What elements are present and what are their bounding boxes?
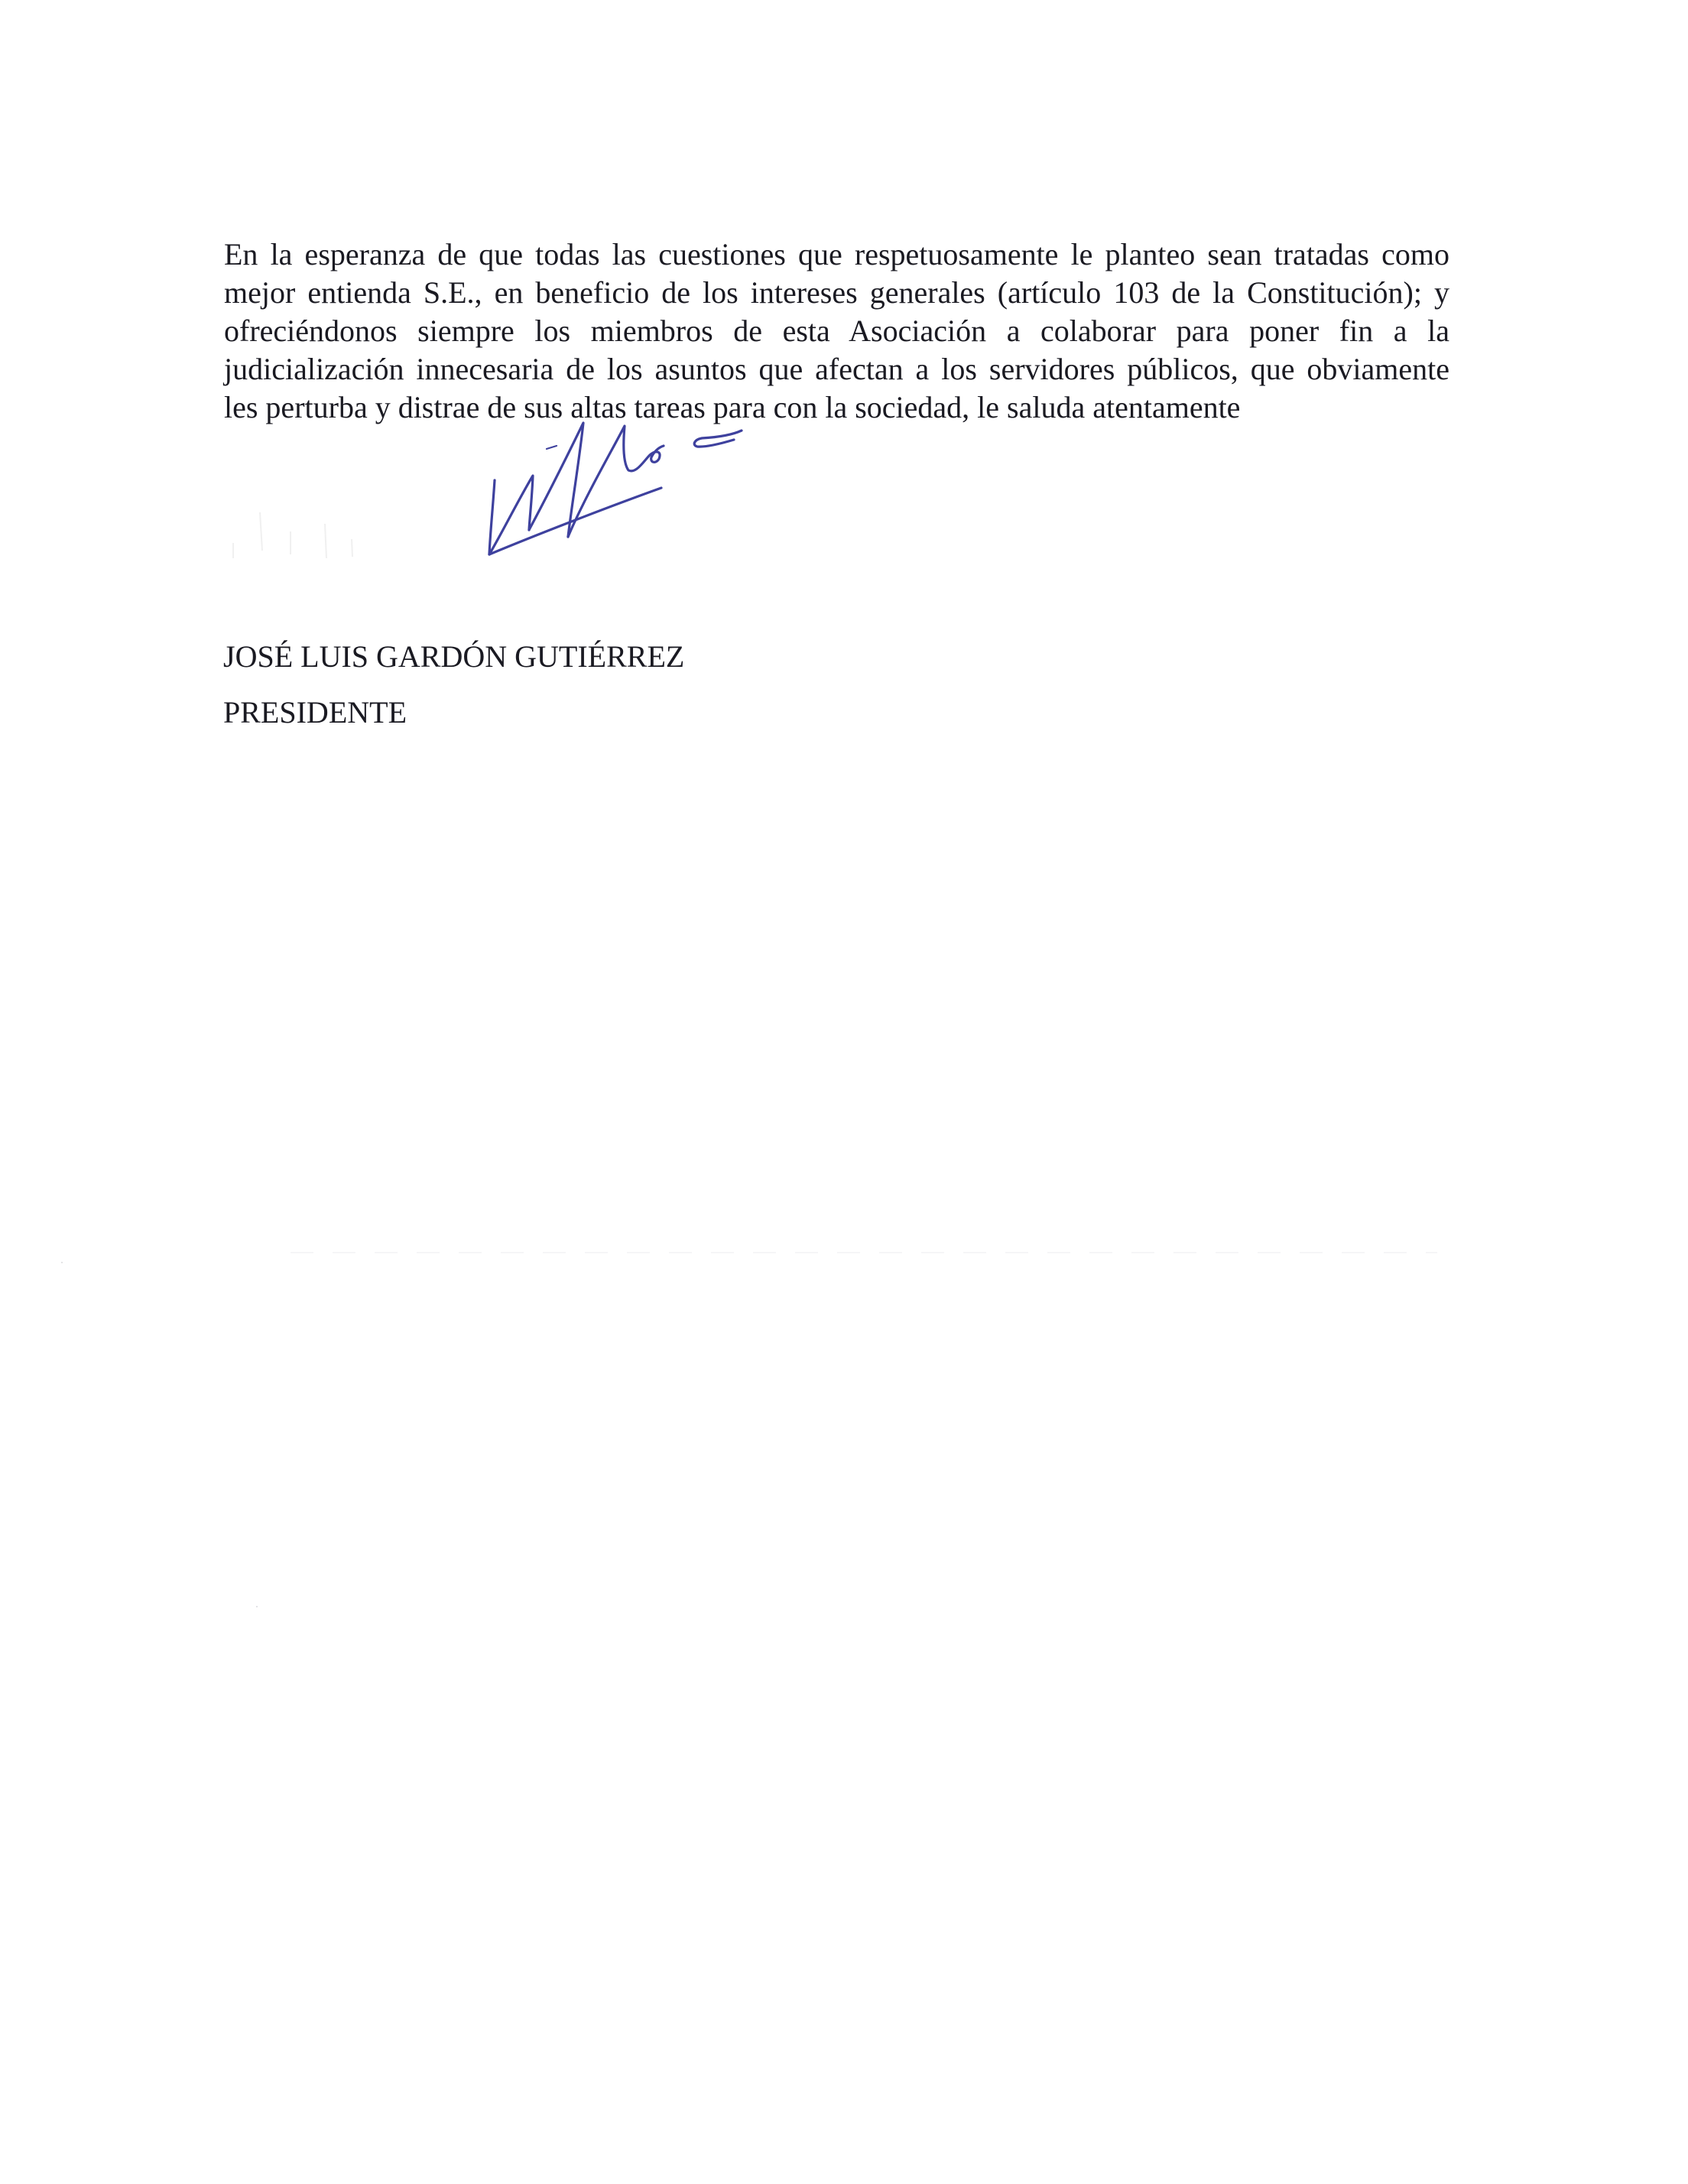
scan-speck [256,1606,258,1607]
signer-name: JOSÉ LUIS GARDÓN GUTIÉRREZ [223,639,684,674]
document-page: En la esperanza de que todas las cuestio… [0,0,1688,2184]
paragraph-line: En la esperanza de que todas las cuestio… [224,236,1449,274]
paragraph-line: judicialización innecesaria de los asunt… [224,350,1449,388]
handwritten-signature-icon [459,413,780,566]
paragraph-line: ofreciéndonos siempre los miembros de es… [224,312,1449,350]
closing-paragraph: En la esperanza de que todas las cuestio… [224,236,1449,427]
faint-scan-mark [218,497,371,566]
scan-speck [61,1262,63,1263]
paragraph-line: les perturba y distrae de sus altas tare… [224,388,1449,427]
paragraph-line: mejor entienda S.E., en beneficio de los… [224,274,1449,312]
scan-residue-line [291,1252,1437,1253]
signer-title: PRESIDENTE [223,695,407,730]
